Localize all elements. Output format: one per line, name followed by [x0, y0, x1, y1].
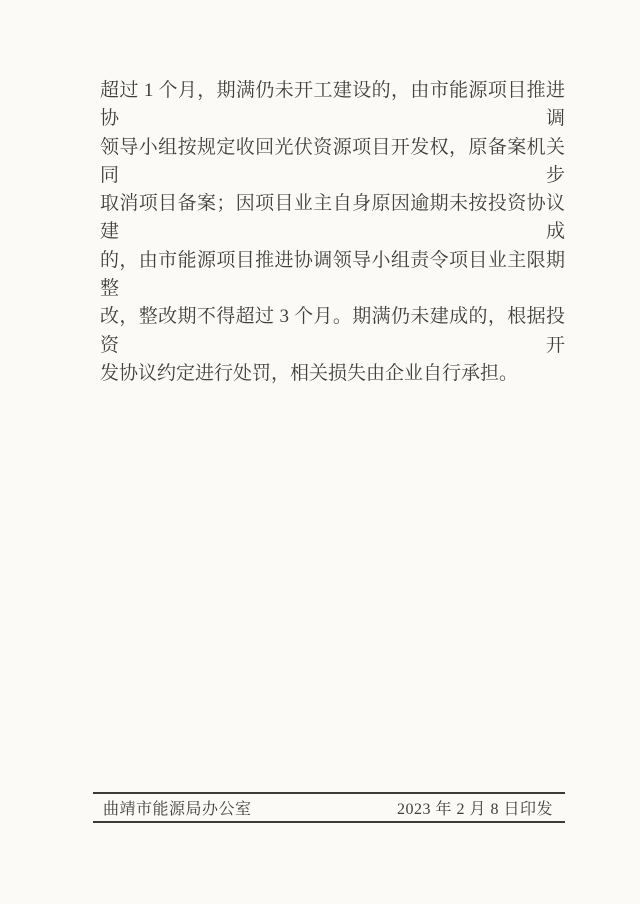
colophon-bar: 曲靖市能源局办公室 2023 年 2 月 8 日印发: [93, 792, 565, 823]
body-line: 超过 1 个月，期满仍未开工建设的，由市能源项目推进协调: [100, 77, 565, 134]
body-line: 的，由市能源项目推进协调领导小组责令项目业主限期整: [100, 247, 565, 304]
body-line: 改，整改期不得超过 3 个月。期满仍未建成的，根据投资开: [100, 303, 565, 360]
document-page: 超过 1 个月，期满仍未开工建设的，由市能源项目推进协调 领导小组按规定收回光伏…: [0, 0, 640, 904]
body-line: 取消项目备案；因项目业主自身原因逾期未按投资协议建成: [100, 190, 565, 247]
body-line: 领导小组按规定收回光伏资源项目开发权，原备案机关同步: [100, 134, 565, 191]
body-line-last: 发协议约定进行处罚，相关损失由企业自行承担。: [100, 360, 565, 388]
issuing-office: 曲靖市能源局办公室: [103, 796, 252, 819]
document-body-paragraph: 超过 1 个月，期满仍未开工建设的，由市能源项目推进协调 领导小组按规定收回光伏…: [100, 77, 565, 388]
print-date: 2023 年 2 月 8 日印发: [397, 796, 553, 819]
